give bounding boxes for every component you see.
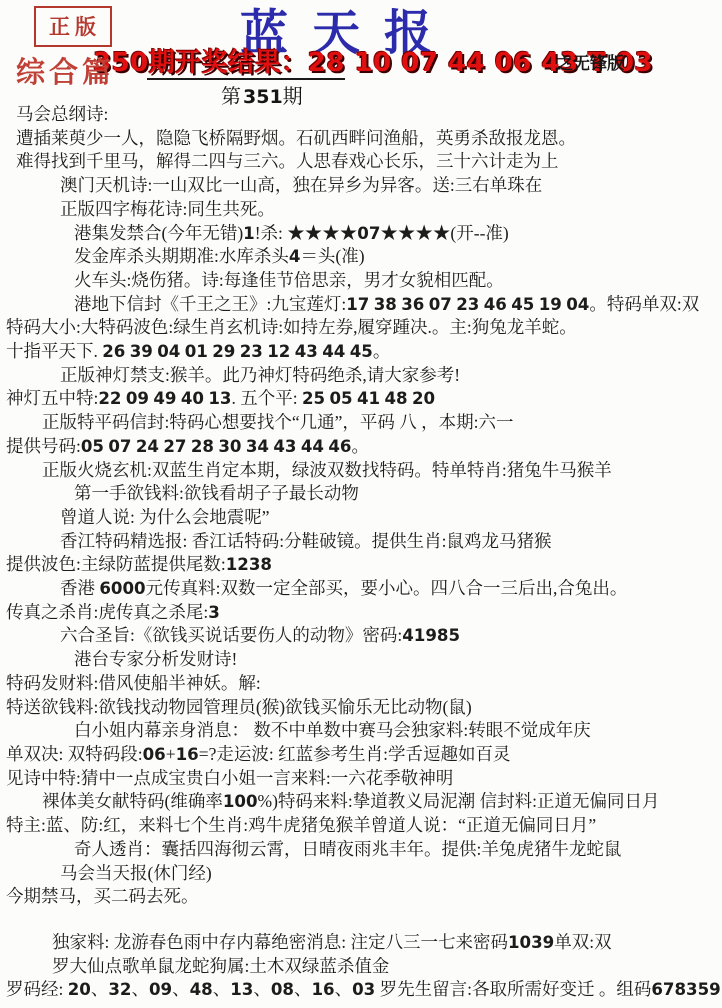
body-line: 马会当天报(休门经) <box>0 862 722 886</box>
authentic-badge: 正版 <box>34 6 112 47</box>
body-text: 马会总纲诗: 遭插莱萸少一人，隐隐飞桥隔野烟。石矶西畔问渔船，英勇杀敌报龙恩。 … <box>0 103 722 1002</box>
body-line: 正版神灯禁支:猴羊。此乃神灯特码绝杀,请大家参考! <box>0 364 722 388</box>
body-line: 特送欲钱料:欲钱找动物园管理员(猴)欲钱买愉乐无比动物(鼠) <box>0 696 722 720</box>
body-line: 香港 6000元传真料:双数一定全部买，要小心。四八合一三后出,合兔出。 <box>0 577 722 601</box>
body-line: 六合圣旨:《欲钱买说话要伤人的动物》密码:41985 <box>0 624 722 648</box>
section-label: 综合篇 <box>16 50 115 91</box>
body-line: 正版火烧玄机:双蓝生肖定本期，绿波双数找特码。特单特肖:猪兔牛马猴羊 <box>0 459 722 483</box>
body-line: 白小姐内幕亲身消息： 数不中单数中赛马会独家料:转眼不觉成年庆 <box>0 719 722 743</box>
body-line: 香江特码精选报: 香江话特码:分鞋破镜。提供生肖:鼠鸡龙马猪猴 <box>0 530 722 554</box>
body-line: 正版特平码信封:特码心想要找个“几通”，平码 八 ，本期:六一 <box>0 411 722 435</box>
body-line: 遭插莱萸少一人，隐隐飞桥隔野烟。石矶西畔问渔船，英勇杀敌报龙恩。 <box>0 127 722 151</box>
body-line: 发金库杀头期期准:水库杀头4＝头(准) <box>0 245 722 269</box>
edition-label: 之无锋版 <box>556 49 624 74</box>
body-line: 正版四字梅花诗:同生共死。 <box>0 198 722 222</box>
body-line: 罗大仙点歌单鼠龙蛇狗属:土木双绿蓝杀值金 <box>0 955 722 979</box>
body-line: 裸体美女献特码(维确率100%)特码来料:挚道教义局泥潮 信封料:正道无偏同日月 <box>0 790 722 814</box>
lottery-tip-sheet: 正版 蓝天报 350期开奖结果：28 10 07 44 06 43 T 03 之… <box>0 0 722 1008</box>
body-line: 曾道人说: 为什么会地震呢” <box>0 506 722 530</box>
body-line: 难得找到千里马，解得二四与三六。人思春戏心长乐，三十六计走为上 <box>0 150 722 174</box>
body-line: 澳门天机诗:一山双比一山高，独在异乡为异客。送:三右单珠在 <box>0 174 722 198</box>
body-line: 港台专家分析发财诗! <box>0 648 722 672</box>
body-line: 独家料: 龙游春色雨中存内幕绝密消息: 注定八三一七来密码1039单双:双 <box>0 931 722 955</box>
body-line: 特码发财料:借风使船半神妖。解: <box>0 672 722 696</box>
masthead: 正版 蓝天报 350期开奖结果：28 10 07 44 06 43 T 03 之… <box>0 0 722 104</box>
body-line: 马会总纲诗: <box>0 103 722 127</box>
body-line: 神灯五中特:22 09 49 40 13. 五个平: 25 05 41 48 2… <box>0 387 722 411</box>
body-line: 今期禁马，买二码去死。 <box>0 885 722 909</box>
body-line: 特码大小:大特码波色:绿生肖玄机诗:如持左券,履穿踵决.。主:狗兔龙羊蛇。 <box>0 316 722 340</box>
body-line: 罗码经: 20、32、09、48、13、08、16、03 罗先生留言:各取所需好… <box>0 978 722 1002</box>
body-line: 第一手欲钱料:欲钱看胡子子最长动物 <box>0 482 722 506</box>
body-line: 奇人透肖：囊括四海彻云霄，日晴夜雨兆丰年。提供:羊兔虎猪牛龙蛇鼠 <box>0 838 722 862</box>
body-line: 提供波色:主绿防蓝提供尾数:1238 <box>0 553 722 577</box>
body-line: 港集发禁合(今年无错)1!杀: ★★★★07★★★★(开--准) <box>0 222 722 246</box>
body-line: 单双决: 双特码段:06+16=?走运波: 红蓝参考生肖:学舌逗趣如百灵 <box>0 743 722 767</box>
body-line: 传真之杀肖:虎传真之杀尾:3 <box>0 601 722 625</box>
body-line: 火车头:烧伤猪。诗:每逢佳节倍思亲，男才女貌相匹配。 <box>0 269 722 293</box>
body-line: 十指平天下. 26 39 04 01 29 23 12 43 44 45。 <box>0 340 722 364</box>
body-line: 提供号码:05 07 24 27 28 30 34 43 44 46。 <box>0 435 722 459</box>
body-line: 特主:蓝、防:红，来料七个生肖:鸡牛虎猪兔猴羊曾道人说：“正道无偏同日月” <box>0 814 722 838</box>
body-line: 见诗中特:猜中一点成宝贵白小姐一言来料:一六花季敬神明 <box>0 767 722 791</box>
body-line: 港地下信封《千王之王》:九宝莲灯:17 38 36 07 23 46 45 19… <box>0 293 722 317</box>
